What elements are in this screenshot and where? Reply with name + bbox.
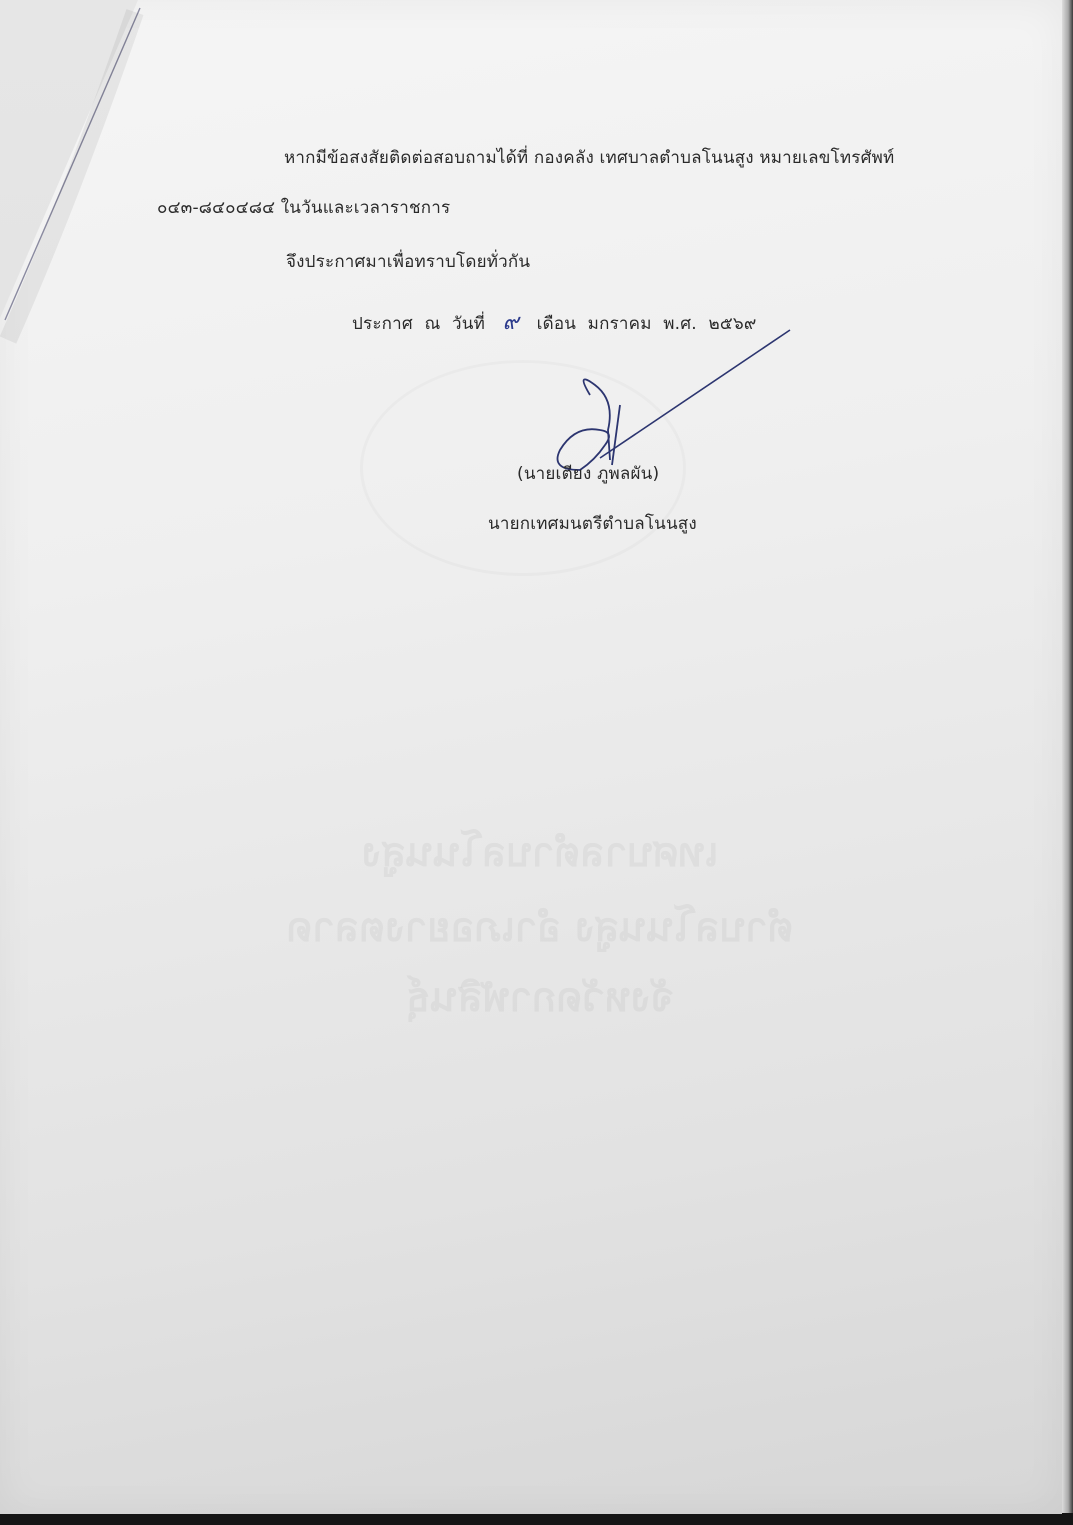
- document-sheet: [0, 0, 1062, 1514]
- bottom-edge-shadow: [0, 1513, 1073, 1525]
- show-through-line-1: เทศบาลตำบลโนนสูง: [260, 820, 820, 884]
- closing-statement: จึงประกาศมาเพื่อทราบโดยทั่วกัน: [286, 248, 530, 275]
- handwritten-day: ๙: [503, 310, 519, 335]
- right-edge-shadow: [1061, 0, 1073, 1525]
- signer-title: นายกเทศมนตรีตำบลโนนสูง: [488, 510, 697, 537]
- show-through-line-3: จังหวัดกาฬสินธุ์: [260, 965, 820, 1029]
- contact-line-2: ๐๔๓-๘๔๐๔๘๔ ในวันและเวลาราชการ: [157, 194, 450, 221]
- signature: [520, 320, 810, 480]
- signer-name: (นายเตียง ภูพลผัน): [517, 460, 659, 487]
- contact-line-1: หากมีข้อสงสัยติดต่อสอบถามได้ที่ กองคลัง …: [284, 144, 894, 171]
- show-through-line-2: ตำบลโนนสูง อำเภอยางตลาด: [260, 895, 820, 959]
- date-prefix: ประกาศ ณ วันที่: [352, 314, 485, 334]
